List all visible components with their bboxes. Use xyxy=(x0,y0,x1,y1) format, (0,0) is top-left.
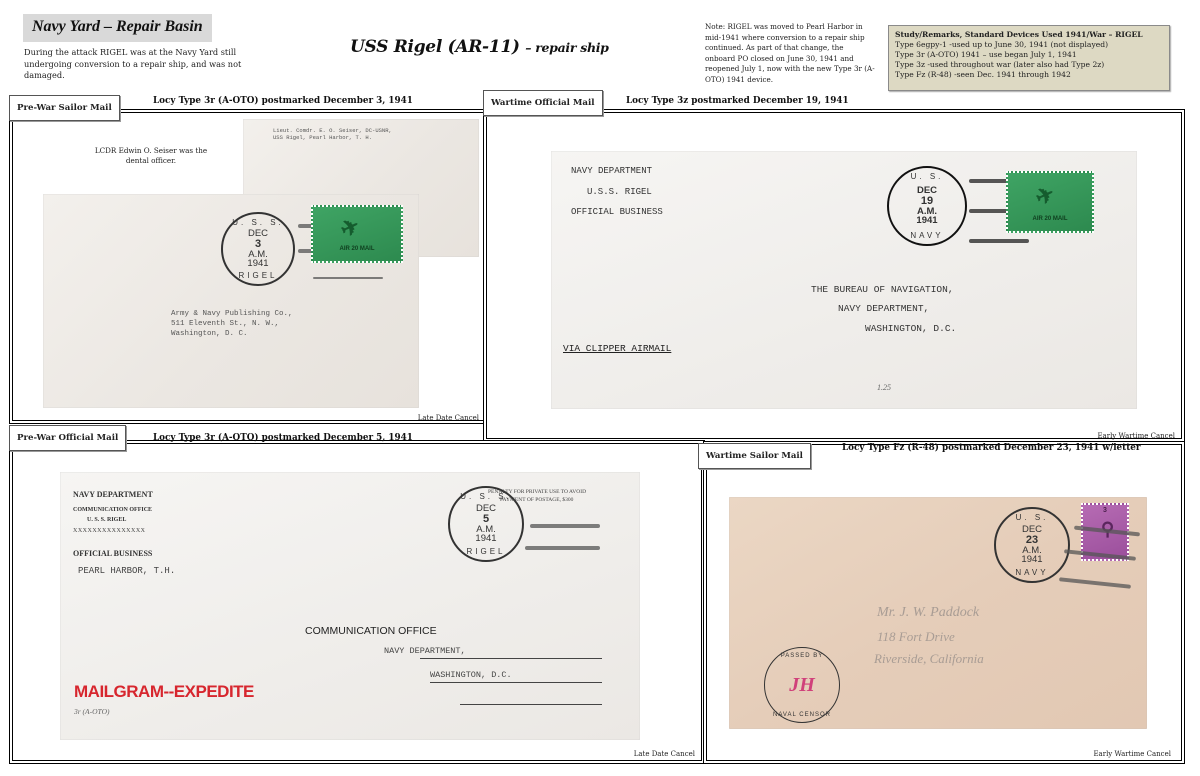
study-line: Type 3r (A-OTO) 1941 – use began July 1,… xyxy=(895,50,1163,60)
envelope-front: U. S. DEC 23 A.M. 1941 NAVY 3 ⚲ Mr. J. W… xyxy=(729,497,1147,729)
airplane-icon: ✈ xyxy=(1031,180,1059,211)
panel-wartime-sailor-mail: U. S. DEC 23 A.M. 1941 NAVY 3 ⚲ Mr. J. W… xyxy=(703,441,1185,764)
postmark-dec-3: U. S. S. DEC 3 A.M. 1941 RIGEL xyxy=(221,212,295,286)
return-line-struck: XXXXXXXXXXXXXXX xyxy=(73,528,146,534)
panel-tab-prewar-sailor: Pre-War Sailor Mail xyxy=(9,95,120,121)
address-rule xyxy=(420,658,602,659)
study-remarks-box: Study/Remarks, Standard Devices Used 194… xyxy=(888,25,1170,91)
pencil-mark: 3r (A-OTO) xyxy=(74,707,110,716)
panel-tab-wartime-official: Wartime Official Mail xyxy=(483,90,603,116)
stamp-label: 3 xyxy=(1103,507,1107,514)
penalty-line: PAYMENT OF POSTAGE, $300 xyxy=(500,497,573,503)
address-line-handwritten: Riverside, California xyxy=(874,651,984,667)
airmail-stamp-20c: ✈ AIR 20 MAIL xyxy=(311,205,403,263)
panel-prewar-official-mail: NAVY DEPARTMENT COMMUNICATION OFFICE U. … xyxy=(9,440,705,764)
address-line: NAVY DEPARTMENT, xyxy=(838,303,929,314)
panel-caption: Locy Type 3z postmarked December 19, 194… xyxy=(626,96,849,106)
censor-bottom: NAVAL CENSOR xyxy=(773,712,831,718)
envelope-front: NAVY DEPARTMENT U.S.S. RIGEL OFFICIAL BU… xyxy=(551,151,1137,409)
penalty-line: PENALTY FOR PRIVATE USE TO AVOID xyxy=(488,489,586,495)
postmark-bottom: RIGEL xyxy=(466,548,505,556)
back-flap-line: Lieut. Comdr. E. O. Seiser, DC-USNR, xyxy=(273,127,392,134)
stamp-label: AIR 20 MAIL xyxy=(339,246,374,252)
address-line-handwritten: Mr. J. W. Paddock xyxy=(877,605,979,621)
return-line: COMMUNICATION OFFICE xyxy=(73,507,152,513)
panel-wartime-official-mail: NAVY DEPARTMENT U.S.S. RIGEL OFFICIAL BU… xyxy=(483,109,1185,442)
envelope-front: U. S. S. DEC 3 A.M. 1941 RIGEL ✈ AIR 20 … xyxy=(43,194,419,408)
panel-tab-wartime-sailor: Wartime Sailor Mail xyxy=(698,443,811,469)
address-line: THE BUREAU OF NAVIGATION, xyxy=(811,284,954,295)
postmark-bottom: NAVY xyxy=(910,232,943,240)
tab-label: Pre-War Sailor Mail xyxy=(17,103,112,113)
mailgram-expedite-endorsement: MAILGRAM--EXPEDITE xyxy=(74,682,254,702)
postmark-year: 1941 xyxy=(916,216,937,226)
postmark-dec-23: U. S. DEC 23 A.M. 1941 NAVY xyxy=(994,507,1070,583)
postmark-top: U. S. xyxy=(911,173,944,181)
postmark-year: 1941 xyxy=(1021,555,1042,565)
return-line: U.S.S. RIGEL xyxy=(587,187,652,197)
return-city: PEARL HARBOR, T.H. xyxy=(78,566,175,576)
postmark-top: U. S. S. xyxy=(232,219,284,227)
panel-caption: Locy Type 3r (A-OTO) postmarked December… xyxy=(153,433,413,443)
panel-caption: Locy Type 3r (A-OTO) postmarked December… xyxy=(153,96,413,106)
endorsement-clipper: VIA CLIPPER AIRMAIL xyxy=(563,343,671,354)
back-flap-line: USS Rigel, Pearl Harbor, T. H. xyxy=(273,134,372,141)
page-title-sub: – repair ship xyxy=(525,40,608,55)
tab-label: Wartime Official Mail xyxy=(491,98,595,108)
study-line: Type 6egpy-1 -used up to June 30, 1941 (… xyxy=(895,40,1163,50)
pencil-mark: 1.25 xyxy=(877,383,891,392)
address-rule xyxy=(460,704,602,705)
airplane-icon: ✈ xyxy=(336,212,364,243)
killer-bar xyxy=(525,546,600,550)
postmark-year: 1941 xyxy=(247,259,268,269)
cancel-note: Late Date Cancel xyxy=(418,414,479,422)
page-title-main: USS Rigel (AR-11) xyxy=(350,37,520,57)
censor-top: PASSED BY xyxy=(781,653,824,659)
return-line: OFFICIAL BUSINESS xyxy=(73,549,152,558)
killer-bar xyxy=(969,239,1029,243)
address-line: 511 Eleventh St., N. W., xyxy=(171,320,279,328)
panel-tab-prewar-official: Pre-War Official Mail xyxy=(9,425,126,451)
study-line: Type Fz (R-48) -seen Dec. 1941 through 1… xyxy=(895,70,1163,80)
cancel-note: Early Wartime Cancel xyxy=(1097,432,1175,440)
address-line: Army & Navy Publishing Co., xyxy=(171,310,293,318)
location-description: During the attack RIGEL was at the Navy … xyxy=(24,47,264,82)
cancel-note: Early Wartime Cancel xyxy=(1093,750,1171,758)
location-heading-box: Navy Yard – Repair Basin xyxy=(23,14,212,42)
airmail-stamp-20c: ✈ AIR 20 MAIL xyxy=(1006,171,1094,233)
postmark-bottom: RIGEL xyxy=(238,272,277,280)
return-line: OFFICIAL BUSINESS xyxy=(571,207,663,217)
address-line-handwritten: 118 Fort Drive xyxy=(877,629,955,645)
address-line: WASHINGTON, D.C. xyxy=(865,323,956,334)
envelope-front: NAVY DEPARTMENT COMMUNICATION OFFICE U. … xyxy=(60,472,640,740)
naval-censor-mark: PASSED BY JH NAVAL CENSOR xyxy=(764,647,840,723)
return-line: NAVY DEPARTMENT xyxy=(73,490,153,499)
return-line: U. S. S. RIGEL xyxy=(87,517,126,523)
page-title: USS Rigel (AR-11) – repair ship xyxy=(350,37,609,57)
postmark-year: 1941 xyxy=(475,534,496,544)
address-line: Washington, D. C. xyxy=(171,330,248,338)
location-title: Navy Yard – Repair Basin xyxy=(32,18,203,36)
killer-bar xyxy=(313,277,383,279)
censor-initials: JH xyxy=(789,675,815,695)
killer-bar xyxy=(1059,577,1131,589)
panel-prewar-sailor-mail: LCDR Edwin O. Seiser was the dental offi… xyxy=(9,109,487,424)
return-line: NAVY DEPARTMENT xyxy=(571,166,652,176)
annotation-dental-officer: LCDR Edwin O. Seiser was the dental offi… xyxy=(91,146,211,166)
stamp-label: AIR 20 MAIL xyxy=(1032,216,1067,222)
tab-label: Wartime Sailor Mail xyxy=(706,451,803,461)
postmark-top: U. S. xyxy=(1016,514,1049,522)
postmark-bottom: NAVY xyxy=(1015,569,1048,577)
cancel-note: Late Date Cancel xyxy=(634,750,695,758)
history-note: Note: RIGEL was moved to Pearl Harbor in… xyxy=(705,22,875,85)
study-line: Type 3z -used throughout war (later also… xyxy=(895,60,1163,70)
panel-caption: Locy Type Fz (R-48) postmarked December … xyxy=(842,443,1141,453)
postmark-dec-19: U. S. DEC 19 A.M. 1941 NAVY xyxy=(887,166,967,246)
address-line: WASHINGTON, D.C. xyxy=(430,670,512,680)
study-heading: Study/Remarks, Standard Devices Used 194… xyxy=(895,30,1163,40)
tab-label: Pre-War Official Mail xyxy=(17,433,118,443)
address-heading: COMMUNICATION OFFICE xyxy=(305,625,437,637)
killer-bar xyxy=(530,524,600,528)
address-line: NAVY DEPARTMENT, xyxy=(384,646,466,656)
address-rule xyxy=(430,682,602,683)
